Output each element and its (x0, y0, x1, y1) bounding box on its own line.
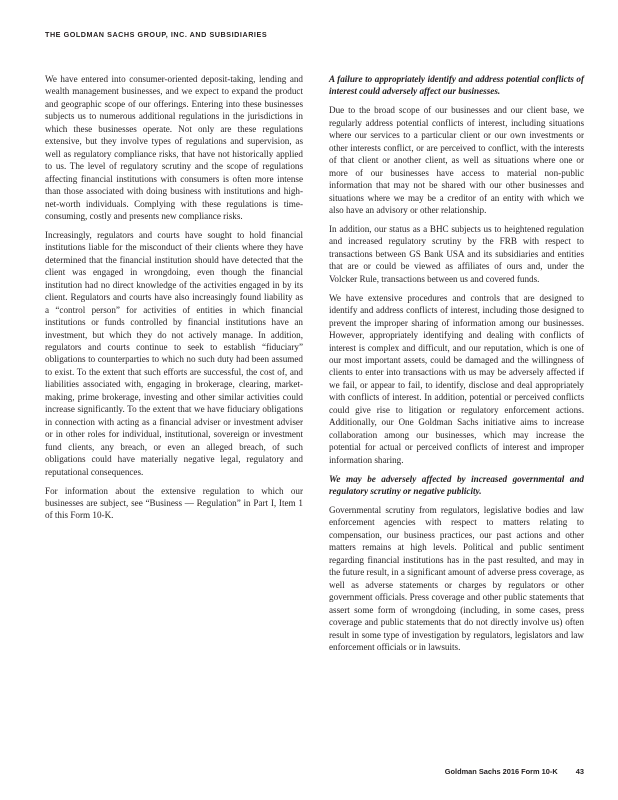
footer-document-label: Goldman Sachs 2016 Form 10-K (445, 767, 558, 776)
page-number: 43 (576, 767, 584, 776)
risk-factor-heading: A failure to appropriately identify and … (329, 73, 584, 98)
page-footer: Goldman Sachs 2016 Form 10-K 43 (0, 767, 584, 776)
left-column: We have entered into consumer-oriented d… (45, 73, 303, 528)
running-header: The Goldman Sachs Group, Inc. and Subsid… (45, 30, 267, 39)
body-paragraph: In addition, our status as a BHC subject… (329, 223, 584, 285)
body-paragraph: We have entered into consumer-oriented d… (45, 73, 303, 222)
body-paragraph: Governmental scrutiny from regulators, l… (329, 504, 584, 653)
body-paragraph: For information about the extensive regu… (45, 485, 303, 522)
body-paragraph: Due to the broad scope of our businesses… (329, 104, 584, 216)
risk-factor-heading: We may be adversely affected by increase… (329, 473, 584, 498)
body-paragraph: We have extensive procedures and control… (329, 292, 584, 466)
body-paragraph: Increasingly, regulators and courts have… (45, 229, 303, 478)
right-column: A failure to appropriately identify and … (329, 73, 584, 660)
